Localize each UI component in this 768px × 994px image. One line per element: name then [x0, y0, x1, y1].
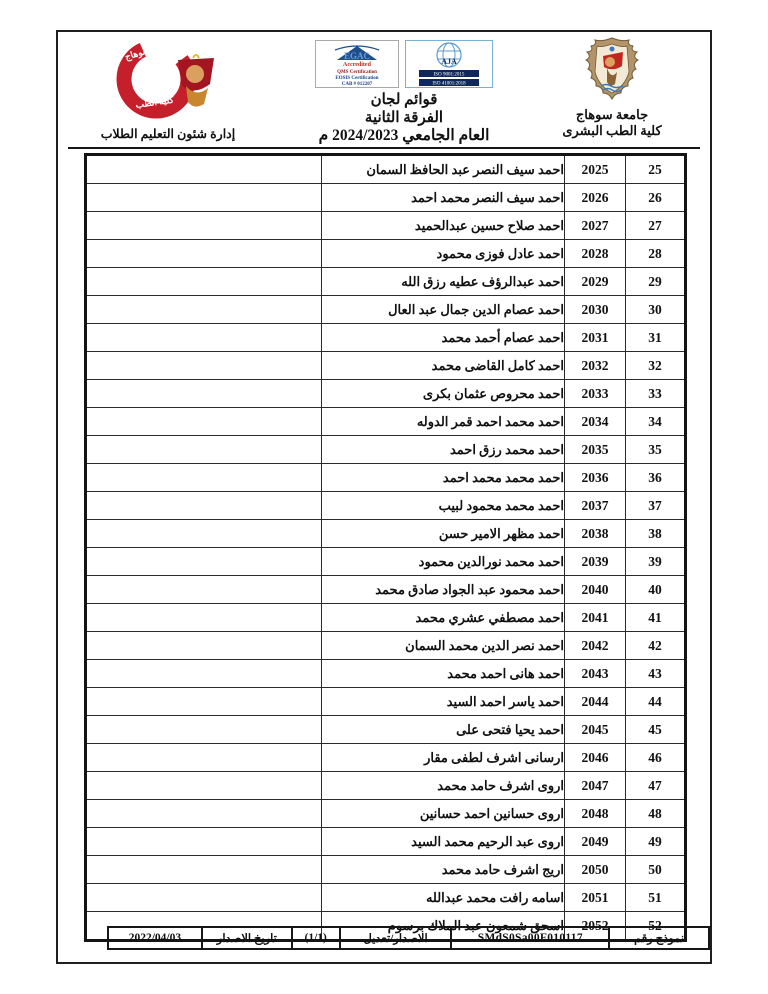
aja-name-text: AJA [441, 57, 457, 66]
table-row: 43 2043 احمد هانى احمد محمد [86, 660, 686, 688]
student-id-cell: 2050 [565, 856, 626, 884]
student-id-cell: 2026 [565, 184, 626, 212]
student-name-cell: اسامه رافت محمد عبدالله [322, 884, 565, 912]
notes-cell [86, 716, 322, 744]
academic-year-subtitle: العام الجامعي 2024/2023 م [284, 127, 524, 145]
student-id-cell: 2040 [565, 576, 626, 604]
serial-cell: 37 [626, 492, 686, 520]
egac-name-text: EGAC [344, 51, 370, 61]
notes-cell [86, 856, 322, 884]
table-row: 33 2033 احمد محروص عثمان بكرى [86, 380, 686, 408]
student-name-cell: احمد عصام أحمد محمد [322, 324, 565, 352]
student-id-cell: 2028 [565, 240, 626, 268]
serial-cell: 40 [626, 576, 686, 604]
student-id-cell: 2038 [565, 520, 626, 548]
student-id-cell: 2048 [565, 800, 626, 828]
student-name-cell: احمد صلاح حسين عبدالحميد [322, 212, 565, 240]
table-row: 42 2042 احمد نصر الدين محمد السمان [86, 632, 686, 660]
student-table-body: 25 2025 احمد سيف النصر عبد الحافظ السمان… [86, 155, 686, 941]
serial-cell: 29 [626, 268, 686, 296]
table-row: 28 2028 احمد عادل فوزى محمود [86, 240, 686, 268]
table-row: 41 2041 احمد مصطفي عشري محمد [86, 604, 686, 632]
student-id-cell: 2035 [565, 436, 626, 464]
student-name-cell: احمد ياسر احمد السيد [322, 688, 565, 716]
serial-cell: 49 [626, 828, 686, 856]
serial-cell: 32 [626, 352, 686, 380]
serial-cell: 42 [626, 632, 686, 660]
notes-cell [86, 660, 322, 688]
notes-cell [86, 548, 322, 576]
serial-cell: 39 [626, 548, 686, 576]
notes-cell [86, 772, 322, 800]
table-row: 44 2044 احمد ياسر احمد السيد [86, 688, 686, 716]
aja-iso-icon: AJA ISO 9001:2015 ISO 41001:2018 [405, 40, 493, 88]
table-row: 34 2034 احمد محمد احمد قمر الدوله [86, 408, 686, 436]
serial-cell: 38 [626, 520, 686, 548]
student-name-cell: احمد محروص عثمان بكرى [322, 380, 565, 408]
student-name-cell: احمد محمد احمد قمر الدوله [322, 408, 565, 436]
header-divider-rule [68, 147, 700, 149]
notes-cell [86, 688, 322, 716]
header-center-block: EGAC Accredited QMS Certification EOSIS … [284, 40, 524, 145]
notes-cell [86, 184, 322, 212]
notes-cell [86, 828, 322, 856]
egac-cert2-text: EOSIS Certification [335, 76, 378, 81]
student-id-cell: 2045 [565, 716, 626, 744]
university-name: جامعة سوهاج [520, 107, 704, 123]
student-id-cell: 2029 [565, 268, 626, 296]
student-name-cell: احمد محمد محمد احمد [322, 464, 565, 492]
table-row: 32 2032 احمد كامل القاضى محمد [86, 352, 686, 380]
table-row: 36 2036 احمد محمد محمد احمد [86, 464, 686, 492]
student-id-cell: 2046 [565, 744, 626, 772]
form-meta-table: نموذج رقم SMdS0Sa00F010117 الاصدار/تعديل… [107, 926, 710, 950]
serial-cell: 43 [626, 660, 686, 688]
notes-cell [86, 408, 322, 436]
student-name-cell: احمد عادل فوزى محمود [322, 240, 565, 268]
student-id-cell: 2031 [565, 324, 626, 352]
student-id-cell: 2051 [565, 884, 626, 912]
student-name-cell: احمد كامل القاضى محمد [322, 352, 565, 380]
student-id-cell: 2047 [565, 772, 626, 800]
notes-cell [86, 744, 322, 772]
notes-cell [86, 380, 322, 408]
serial-cell: 28 [626, 240, 686, 268]
table-row: 47 2047 اروى اشرف حامد محمد [86, 772, 686, 800]
serial-cell: 31 [626, 324, 686, 352]
table-row: 48 2048 اروى حسانين احمد حسانين [86, 800, 686, 828]
student-name-cell: ارسانى اشرف لطفى مقار [322, 744, 565, 772]
serial-cell: 27 [626, 212, 686, 240]
version-label: الاصدار/تعديل [340, 927, 452, 949]
student-name-cell: احمد عصام الدين جمال عبد العال [322, 296, 565, 324]
student-id-cell: 2043 [565, 660, 626, 688]
table-row: 51 2051 اسامه رافت محمد عبدالله [86, 884, 686, 912]
student-id-cell: 2044 [565, 688, 626, 716]
table-row: 49 2049 اروى عبد الرحيم محمد السيد [86, 828, 686, 856]
department-caption: إدارة شئون التعليم الطلاب [70, 127, 266, 142]
student-id-cell: 2032 [565, 352, 626, 380]
serial-cell: 51 [626, 884, 686, 912]
student-id-cell: 2027 [565, 212, 626, 240]
document-title: قوائم لجان [284, 91, 524, 109]
student-id-cell: 2041 [565, 604, 626, 632]
pharaoh-face-shape [186, 65, 204, 83]
student-committee-table: 25 2025 احمد سيف النصر عبد الحافظ السمان… [84, 153, 687, 942]
serial-cell: 36 [626, 464, 686, 492]
student-id-cell: 2037 [565, 492, 626, 520]
notes-cell [86, 632, 322, 660]
table-row: 38 2038 احمد مظهر الامير حسن [86, 520, 686, 548]
student-id-cell: 2030 [565, 296, 626, 324]
crescent-top-text: جامعة سوهاج [124, 38, 175, 63]
student-name-cell: احمد نصر الدين محمد السمان [322, 632, 565, 660]
issue-date-label: تاريخ الاصدار [202, 927, 292, 949]
university-shield-icon [577, 36, 647, 102]
table-row: 46 2046 ارسانى اشرف لطفى مقار [86, 744, 686, 772]
grade-subtitle: الفرقة الثانية [284, 109, 524, 127]
student-name-cell: احمد محمد نورالدين محمود [322, 548, 565, 576]
accreditation-logos-row: EGAC Accredited QMS Certification EOSIS … [284, 40, 524, 88]
notes-cell [86, 520, 322, 548]
notes-cell [86, 324, 322, 352]
table-row: 25 2025 احمد سيف النصر عبد الحافظ السمان [86, 155, 686, 184]
student-name-cell: احمد مصطفي عشري محمد [322, 604, 565, 632]
serial-cell: 47 [626, 772, 686, 800]
version-value: (1/1) [292, 927, 340, 949]
notes-cell [86, 464, 322, 492]
student-id-cell: 2025 [565, 155, 626, 184]
student-id-cell: 2049 [565, 828, 626, 856]
faculty-name: كلية الطب البشرى [520, 123, 704, 139]
serial-cell: 48 [626, 800, 686, 828]
notes-cell [86, 296, 322, 324]
student-name-cell: احمد مظهر الامير حسن [322, 520, 565, 548]
notes-cell [86, 576, 322, 604]
document-page: { "header": { "right": { "university_lin… [0, 0, 768, 994]
notes-cell [86, 268, 322, 296]
table-row: 37 2037 احمد محمد محمود لبيب [86, 492, 686, 520]
table-row: 35 2035 احمد محمد رزق احمد [86, 436, 686, 464]
student-name-cell: اريج اشرف حامد محمد [322, 856, 565, 884]
serial-cell: 41 [626, 604, 686, 632]
serial-cell: 34 [626, 408, 686, 436]
faculty-logo-block: جامعة سوهاج كلية الطب إدارة شئون التعليم… [70, 38, 266, 142]
form-number-label: نموذج رقم [609, 927, 709, 949]
table-row: 30 2030 احمد عصام الدين جمال عبد العال [86, 296, 686, 324]
notes-cell [86, 436, 322, 464]
page-border-frame: جامعة سوهاج كلية الطب إدارة شئون التعليم… [56, 30, 712, 964]
table-row: 40 2040 احمد محمود عبد الجواد صادق محمد [86, 576, 686, 604]
student-id-cell: 2039 [565, 548, 626, 576]
student-name-cell: احمد محمود عبد الجواد صادق محمد [322, 576, 565, 604]
aja-iso2-text: ISO 41001:2018 [432, 82, 466, 87]
student-id-cell: 2036 [565, 464, 626, 492]
form-number-value: SMdS0Sa00F010117 [451, 927, 609, 949]
serial-cell: 35 [626, 436, 686, 464]
notes-cell [86, 604, 322, 632]
student-name-cell: احمد يحيا فتحى على [322, 716, 565, 744]
serial-cell: 45 [626, 716, 686, 744]
student-name-cell: احمد عبدالرؤف عطيه رزق الله [322, 268, 565, 296]
student-id-cell: 2033 [565, 380, 626, 408]
student-name-cell: احمد سيف النصر محمد احمد [322, 184, 565, 212]
form-meta-row: نموذج رقم SMdS0Sa00F010117 الاصدار/تعديل… [108, 927, 709, 949]
university-logo-block: جامعة سوهاج كلية الطب البشرى [520, 36, 704, 139]
table-row: 39 2039 احمد محمد نورالدين محمود [86, 548, 686, 576]
table-row: 27 2027 احمد صلاح حسين عبدالحميد [86, 212, 686, 240]
serial-cell: 30 [626, 296, 686, 324]
serial-cell: 50 [626, 856, 686, 884]
student-name-cell: اروى حسانين احمد حسانين [322, 800, 565, 828]
serial-cell: 46 [626, 744, 686, 772]
notes-cell [86, 800, 322, 828]
egac-cert3-text: CAB # 012207 [342, 82, 373, 87]
egac-accreditation-icon: EGAC Accredited QMS Certification EOSIS … [315, 40, 399, 88]
notes-cell [86, 352, 322, 380]
notes-cell [86, 492, 322, 520]
student-name-cell: اروى اشرف حامد محمد [322, 772, 565, 800]
aja-iso1-text: ISO 9001:2015 [434, 73, 465, 78]
table-row: 50 2050 اريج اشرف حامد محمد [86, 856, 686, 884]
serial-cell: 33 [626, 380, 686, 408]
table-row: 45 2045 احمد يحيا فتحى على [86, 716, 686, 744]
egac-accredited-text: Accredited [343, 62, 372, 68]
egac-cert1-text: QMS Certification [337, 70, 377, 75]
notes-cell [86, 884, 322, 912]
issue-date-value: 2022/04/03 [108, 927, 202, 949]
student-name-cell: احمد سيف النصر عبد الحافظ السمان [322, 155, 565, 184]
serial-cell: 25 [626, 155, 686, 184]
student-id-cell: 2034 [565, 408, 626, 436]
serial-cell: 26 [626, 184, 686, 212]
notes-cell [86, 212, 322, 240]
student-name-cell: احمد محمد محمود لبيب [322, 492, 565, 520]
student-name-cell: اروى عبد الرحيم محمد السيد [322, 828, 565, 856]
serial-cell: 44 [626, 688, 686, 716]
table-row: 29 2029 احمد عبدالرؤف عطيه رزق الله [86, 268, 686, 296]
table-row: 31 2031 احمد عصام أحمد محمد [86, 324, 686, 352]
table-row: 26 2026 احمد سيف النصر محمد احمد [86, 184, 686, 212]
student-name-cell: احمد محمد رزق احمد [322, 436, 565, 464]
notes-cell [86, 155, 322, 184]
student-id-cell: 2042 [565, 632, 626, 660]
student-name-cell: احمد هانى احمد محمد [322, 660, 565, 688]
notes-cell [86, 240, 322, 268]
crescent-faculty-logo-icon: جامعة سوهاج كلية الطب [102, 38, 234, 120]
